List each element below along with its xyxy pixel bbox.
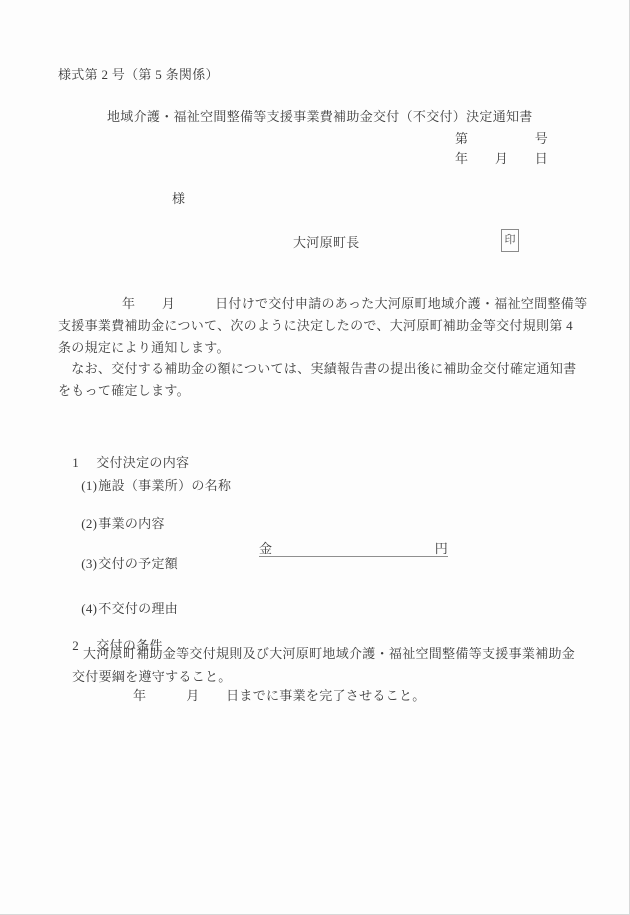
form-number: 様式第 2 号（第 5 条関係） [58,67,219,82]
section-2-line-3: 年 月 日までに事業を完了させること。 [133,688,426,703]
body-line-1: 年 月 日付けで交付申請のあった大河原町地域介護・福祉空間整備等 [122,296,587,311]
body-line-2: 支援事業費補助金について、次のように決定したので、大河原町補助金等交付規則第 4 [58,318,573,333]
addressee-honorific: 様 [172,191,185,206]
body-line-5: をもって確定します。 [58,383,190,398]
item-1-label: 施設（事業所）の名称 [98,478,231,493]
body-line-4: なお、交付する補助金の額については、実績報告書の提出後に補助金交付確定通知書 [58,361,576,376]
document-title: 地域介護・福祉空間整備等支援事業費補助金交付（不交付）決定通知書 [107,109,533,124]
item-3-number: (3) [81,556,97,571]
section-2-line-1: 大河原町補助金等交付規則及び大河原町地域介護・福祉空間整備等支援事業補助金 [83,646,575,661]
body-line-3: 条の規定により通知します。 [58,340,230,355]
amount-blank-field: 金 円 [259,541,448,557]
item-4-label: 不交付の理由 [98,601,178,616]
sender-name: 大河原町長 [293,235,360,250]
item-project-content: (2)事業の内容 [67,501,607,546]
section-2-line-2: 交付要綱を遵守すること。 [72,669,232,684]
item-4-number: (4) [81,601,97,616]
seal-character: 印 [505,233,516,248]
document-page: 様式第 2 号（第 5 条関係） 地域介護・福祉空間整備等支援事業費補助金交付（… [0,0,630,915]
seal-box: 印 [501,229,519,252]
item-3-label: 交付の予定額 [98,556,178,571]
document-date-line: 年 月 日 [455,151,548,166]
document-number-line: 第 号 [455,131,548,146]
item-2-label: 事業の内容 [98,516,165,531]
item-2-number: (2) [81,516,97,531]
amount-suffix-en-kanji: 円 [435,541,448,556]
item-1-number: (1) [81,478,97,493]
amount-prefix-yen-kanji: 金 [259,541,272,556]
